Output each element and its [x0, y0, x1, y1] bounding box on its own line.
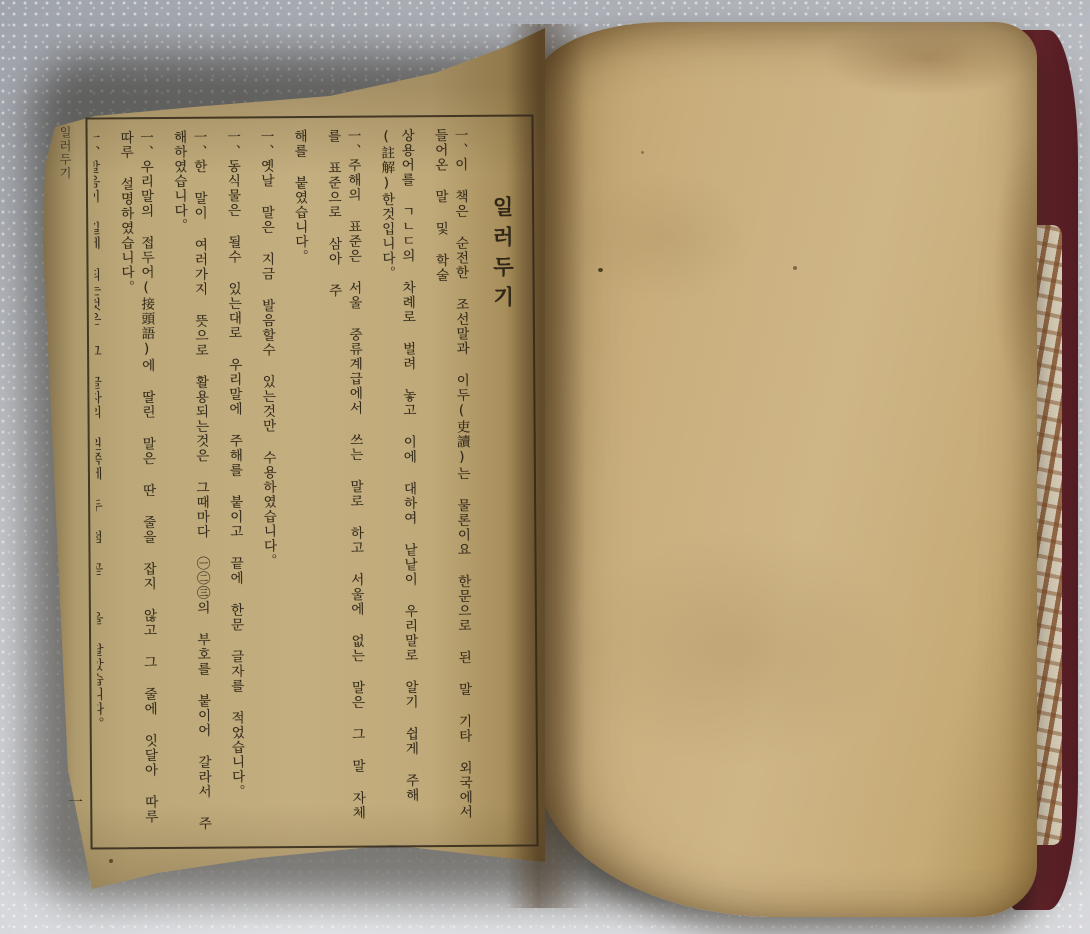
text-column: 해를 붙였습니다。	[289, 129, 314, 833]
page-number: 一	[68, 791, 83, 812]
paper-speck	[641, 151, 644, 154]
running-head: 일러두기	[57, 126, 74, 180]
text-column: 一、주해의 표준은 서울 중류계급에서 쓰는 말로 하고 서울에 없는 말은 그…	[323, 129, 368, 833]
text-column: 一、우리말의 접두어(接頭語)에 딸린 말은 딴 줄을 잡지 않고 그 줄에 잇…	[115, 130, 160, 834]
text-frame: 일러두기 一、이 책은 순전한 조선말과 이두(吏讀)는 물론이요 한문으로 된…	[85, 114, 538, 849]
paper-speck	[793, 266, 797, 270]
text-column: 一、옛날 말은 지금 발음할수 있는것만 수용하였습니다。	[256, 129, 281, 833]
text-column: 一、발음이 길게 되는것은 그 글자의 왼쪽에 두 점 곧 :을 달았습니다。	[94, 130, 107, 834]
text-column: 상용어를 ㄱㄴㄷ의 차례로 벌려 놓고 이에 대하여 낱낱이 우리말로 알기 쉽…	[376, 128, 421, 832]
page-title: 일러두기	[487, 128, 522, 832]
right-page	[537, 22, 1037, 917]
text-columns: 일러두기 一、이 책은 순전한 조선말과 이두(吏讀)는 물론이요 한문으로 된…	[94, 128, 522, 835]
paper-speck	[598, 268, 603, 272]
text-column: 一、이 책은 순전한 조선말과 이두(吏讀)는 물론이요 한문으로 된 말 기타…	[430, 128, 475, 832]
text-column: 一、동식물은 될수 있는대로 우리말에 주해를 붙이고 끝에 한문 글자를 적었…	[222, 129, 247, 833]
text-column: 一、한 말이 여러가지 뜻으로 활용되는것은 그때마다 ㊀㊁㊂의 부호를 붙이어…	[169, 130, 214, 834]
paper-speck	[109, 859, 113, 863]
